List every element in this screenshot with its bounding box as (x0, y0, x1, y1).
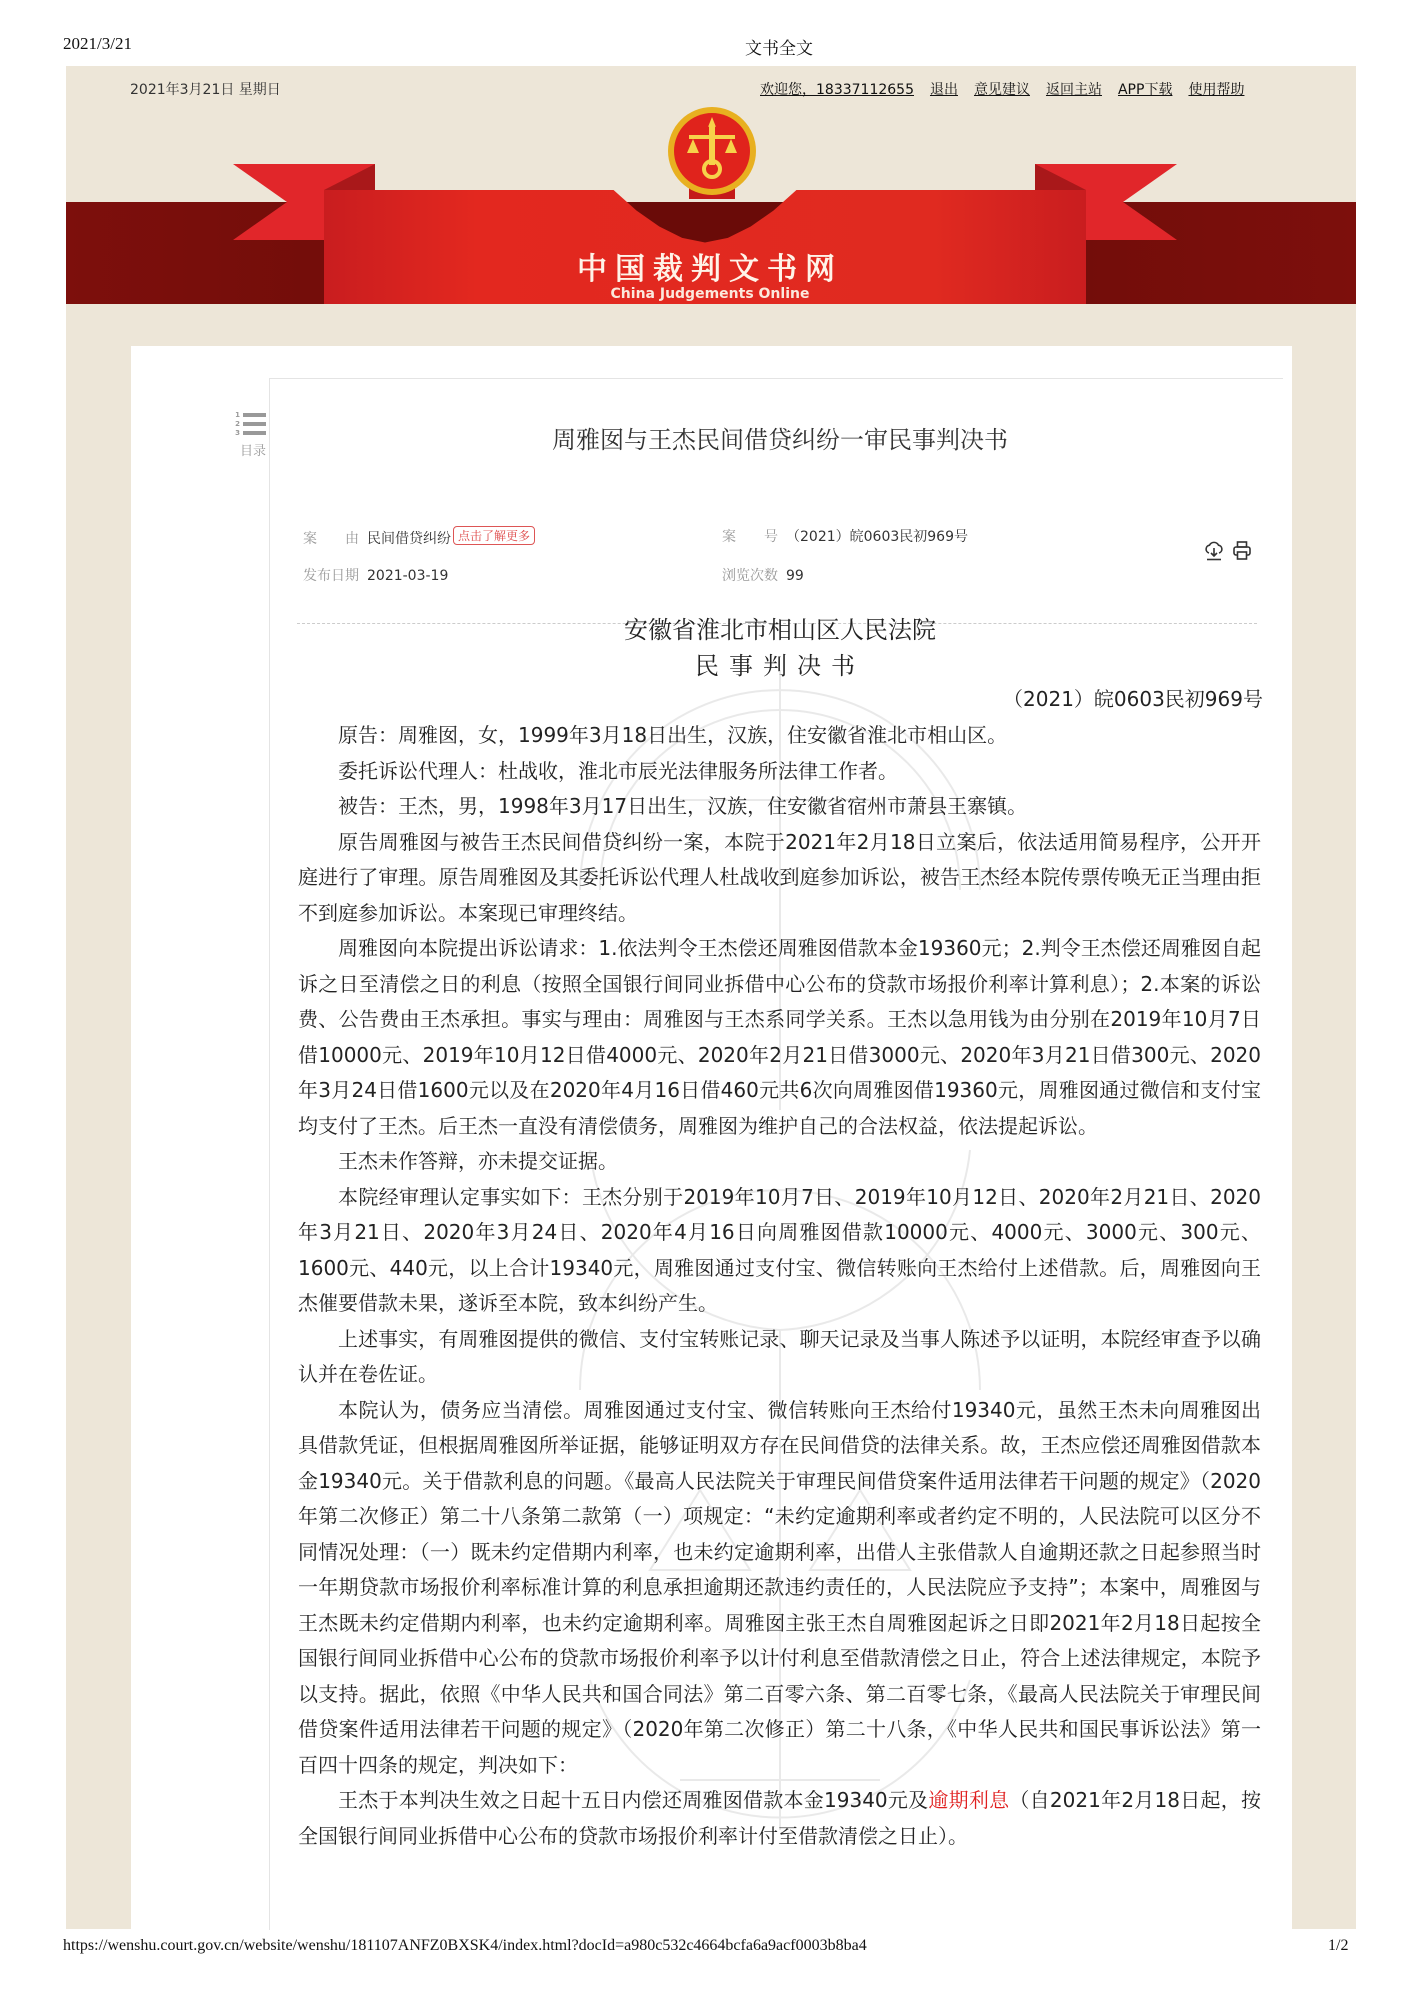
publish-value: 2021-03-19 (367, 568, 448, 584)
judgment-type: 民事判决书 (300, 646, 1260, 681)
verdict-text: 王杰于本判决生效之日起十五日内偿还周雅囡借款本金19340元及 (338, 1788, 928, 1812)
paragraph-defendant: 被告：王杰，男，1998年3月17日出生，汉族，住安徽省宿州市萧县王寨镇。 (298, 789, 1261, 825)
toc-number: 2 (235, 420, 240, 428)
print-title: 文书全文 (745, 34, 813, 59)
welcome-user-link[interactable]: 欢迎您，18337112655 (760, 79, 914, 99)
document-actions (1205, 541, 1251, 565)
paragraph-verdict: 王杰于本判决生效之日起十五日内偿还周雅囡借款本金19340元及逾期利息（自202… (298, 1783, 1261, 1854)
cause-label: 案 由 (303, 528, 367, 548)
toc-number: 1 (235, 411, 240, 419)
paragraph-claims: 周雅囡向本院提出诉讼请求：1.依法判令王杰偿还周雅囡借款本金19360元；2.判… (298, 931, 1261, 1144)
paragraph-agent: 委托诉讼代理人：杜战收，淮北市辰光法律服务所法律工作者。 (298, 754, 1261, 790)
paragraph-evidence: 上述事实，有周雅囡提供的微信、支付宝转账记录、聊天记录及当事人陈述予以证明，本院… (298, 1322, 1261, 1393)
learn-more-tag[interactable]: 点击了解更多 (453, 526, 535, 545)
list-icon (243, 431, 266, 435)
logout-link[interactable]: 退出 (930, 79, 958, 99)
overdue-interest-link[interactable]: 逾期利息 (928, 1788, 1009, 1812)
court-emblem-icon (667, 105, 757, 201)
list-icon (243, 413, 266, 417)
paragraph-reasoning: 本院认为，债务应当清偿。周雅囡通过支付宝、微信转账向王杰给付19340元，虽然王… (298, 1393, 1261, 1784)
meta-publish-date: 发布日期2021-03-19 (303, 565, 448, 585)
case-no-value: （2021）皖0603民初969号 (786, 529, 968, 545)
meta-views: 浏览次数99 (722, 565, 804, 585)
help-link[interactable]: 使用帮助 (1188, 79, 1244, 99)
print-date: 2021/3/21 (63, 34, 132, 54)
list-icon (243, 422, 266, 426)
publish-label: 发布日期 (303, 565, 367, 585)
paragraph-plaintiff: 原告：周雅囡，女，1999年3月18日出生，汉族，住安徽省淮北市相山区。 (298, 718, 1261, 754)
print-icon[interactable] (1233, 541, 1251, 565)
meta-cause: 案 由民间借贷纠纷点击了解更多 (303, 526, 535, 548)
toc-label: 目录 (226, 440, 266, 459)
paragraph-procedure: 原告周雅囡与被告王杰民间借贷纠纷一案，本院于2021年2月18日立案后，依法适用… (298, 825, 1261, 932)
download-icon[interactable] (1205, 541, 1223, 565)
document-title: 周雅囡与王杰民间借贷纠纷一审民事判决书 (300, 420, 1260, 455)
top-links: 欢迎您，18337112655 退出 意见建议 返回主站 APP下载 使用帮助 (760, 79, 1244, 99)
feedback-link[interactable]: 意见建议 (974, 79, 1030, 99)
print-url: https://wenshu.court.gov.cn/website/wens… (63, 1937, 867, 1955)
site-name-en: China Judgements Online (560, 286, 860, 302)
document-body: 原告：周雅囡，女，1999年3月18日出生，汉族，住安徽省淮北市相山区。 委托诉… (298, 718, 1261, 1854)
app-download-link[interactable]: APP下载 (1118, 79, 1172, 99)
paragraph-defense: 王杰未作答辩，亦未提交证据。 (298, 1144, 1261, 1180)
home-link[interactable]: 返回主站 (1046, 79, 1102, 99)
cause-value: 民间借贷纠纷 (367, 531, 451, 547)
case-no-label: 案 号 (722, 526, 786, 546)
print-page-number: 1/2 (1328, 1937, 1348, 1955)
toc-number: 3 (235, 429, 240, 437)
case-number: （2021）皖0603民初969号 (300, 683, 1263, 712)
site-name: 中国裁判文书网 (560, 244, 860, 288)
court-name: 安徽省淮北市相山区人民法院 (300, 610, 1260, 645)
views-value: 99 (786, 568, 804, 584)
toc-button[interactable]: 1 2 3 目录 (226, 410, 266, 470)
views-label: 浏览次数 (722, 565, 786, 585)
current-date: 2021年3月21日 星期日 (130, 79, 281, 99)
meta-case-no: 案 号（2021）皖0603民初969号 (722, 526, 968, 546)
paragraph-facts: 本院经审理认定事实如下：王杰分别于2019年10月7日、2019年10月12日、… (298, 1180, 1261, 1322)
